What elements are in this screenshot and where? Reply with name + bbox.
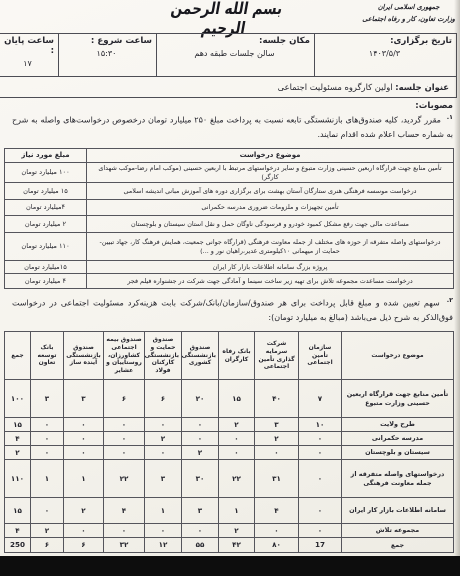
allocation-value-cell: ۴	[104, 498, 145, 524]
request-row: تأمین منابع جهت قرارگاه اربعین حسینی وزا…	[5, 163, 454, 183]
allocation-column-header: شرکت سرمایه گذاری تأمین اجتماعی	[255, 332, 299, 380]
allocation-value-cell: ۳	[64, 380, 104, 418]
allocation-value-cell: ۵۵	[182, 538, 219, 553]
allocation-subject-cell: سامانه اطلاعات بازار کار ایران	[342, 498, 454, 524]
allocation-value-cell: ۴	[5, 432, 31, 446]
allocation-value-cell: ۱۰۰	[5, 380, 31, 418]
allocation-column-header: سازمان تأمین اجتماعی	[299, 332, 342, 380]
allocation-value-cell: ۲	[145, 432, 182, 446]
requests-table: موضوع درخواست مبلغ مورد نیاز تأمین منابع…	[4, 148, 454, 289]
request-amount-cell: ۱۵میلیارد تومان	[5, 261, 87, 274]
allocation-value-cell: ۳۲	[104, 538, 145, 553]
allocation-value-cell: ۲	[5, 446, 31, 460]
resolutions-heading: مصوبات:	[415, 101, 453, 111]
allocation-value-cell: ۴۲	[219, 538, 255, 553]
allocation-row: مجموعه تلاش۰۰۲۰۰۰۰۲۴	[5, 524, 454, 538]
meeting-info-row: تاریخ برگزاری: ۱۴۰۳/۵/۳ مکان جلسه: سالن …	[0, 34, 457, 77]
request-amount-cell: ۲ میلیارد تومان	[5, 216, 87, 233]
allocation-value-cell: ۳	[31, 380, 64, 418]
allocation-value-cell: ۱	[145, 498, 182, 524]
allocation-value-cell: ۰	[104, 418, 145, 432]
request-subject-cell: درخواستهای واصله متفرقه از حوزه های مختل…	[87, 233, 454, 261]
item-2-text: سهم تعیین شده و مبلغ قابل پرداخت برای هر…	[12, 299, 453, 322]
allocation-value-cell: ۱۵	[219, 380, 255, 418]
request-subject-cell: درخواست موسسه فرهنگی هنری ستارگان آستان …	[87, 183, 454, 200]
request-subject-cell: درخواست مساعدت مجموعه تلاش برای تهیه زیر…	[87, 274, 454, 289]
allocation-row: درخواستهای واصله متفرقه از جمله معاونت ف…	[5, 460, 454, 498]
allocation-column-header: موضوع درخواست	[342, 332, 454, 380]
allocation-value-cell: ۰	[219, 432, 255, 446]
allocation-value-cell: ۰	[299, 446, 342, 460]
item-1-number: ۱.	[447, 114, 453, 121]
allocation-value-cell: ۲۲	[219, 460, 255, 498]
paper: جمهوری اسلامی ایران وزارت تعاون، کار و ر…	[0, 0, 460, 556]
meeting-info-table: تاریخ برگزاری: ۱۴۰۳/۵/۳ مکان جلسه: سالن …	[0, 33, 457, 77]
meeting-title-label: عنوان جلسه:	[395, 82, 449, 92]
request-subject-cell: مساعدت مالی جهت رفع مشکل کمبود خودرو و ف…	[87, 216, 454, 233]
allocation-value-cell: ۰	[299, 432, 342, 446]
date-label: تاریخ برگزاری:	[317, 36, 452, 46]
allocation-value-cell: ۰	[104, 446, 145, 460]
allocation-value-cell: ۴	[255, 498, 299, 524]
allocation-value-cell: ۰	[145, 524, 182, 538]
allocation-row: سیستان و بلوچستان۰۰۰۲۰۰۰۰۲	[5, 446, 454, 460]
allocation-row: تأمین منابع جهت قرارگاه اربعین حسینی وزا…	[5, 380, 454, 418]
allocation-value-cell: ۶	[64, 538, 104, 553]
allocation-value-cell: ۲	[31, 524, 64, 538]
allocation-column-header: بانک توسعه تعاون	[31, 332, 64, 380]
meeting-start-time-cell: ساعت شروع : ۱۵:۳۰	[59, 34, 157, 77]
request-subject-cell: تأمین تجهیزات و ملزومات ضروری مدرسه حکمر…	[87, 200, 454, 216]
allocation-column-header: جمع	[5, 332, 31, 380]
allocation-value-cell: ۱۵	[5, 498, 31, 524]
request-row: پروژه بزرگ سامانه اطلاعات بازار کار ایرا…	[5, 261, 454, 274]
resolution-item-2: ۲. سهم تعیین شده و مبلغ قابل پرداخت برای…	[12, 295, 453, 325]
allocation-value-cell: ۲	[182, 446, 219, 460]
allocation-value-cell: ۱۲	[145, 538, 182, 553]
allocation-value-cell: ۰	[219, 446, 255, 460]
allocation-subject-cell: طرح ولایت	[342, 418, 454, 432]
allocation-value-cell: ۰	[182, 418, 219, 432]
allocation-value-cell: ۱۱۰	[5, 460, 31, 498]
meeting-end-time-cell: ساعت پایان : ۱۷	[0, 34, 59, 77]
meeting-date-cell: تاریخ برگزاری: ۱۴۰۳/۵/۳	[315, 34, 457, 77]
location-value: سالن جلسات طبقه دهم	[159, 49, 310, 58]
allocation-value-cell: ۶	[31, 538, 64, 553]
request-row: مساعدت مالی جهت رفع مشکل کمبود خودرو و ف…	[5, 216, 454, 233]
allocation-column-header: صندوق بازنشستگی کشوری	[182, 332, 219, 380]
allocation-value-cell: ۰	[299, 498, 342, 524]
allocation-value-cell: ۲۰	[182, 380, 219, 418]
meeting-title-row: عنوان جلسه: اولین کارگروه مسئولیت اجتماع…	[0, 77, 457, 98]
item-1-text: مقرر گردید، کلیه صندوق‌های بازنشستگی تاب…	[12, 116, 453, 139]
end-time-label: ساعت پایان :	[1, 36, 54, 56]
start-time-value: ۱۵:۳۰	[61, 49, 152, 58]
allocation-value-cell: ۰	[104, 432, 145, 446]
requests-amount-header: مبلغ مورد نیاز	[5, 149, 87, 163]
allocation-subject-cell: تأمین منابع جهت قرارگاه اربعین حسینی وزا…	[342, 380, 454, 418]
request-amount-cell: ۱۰۰ میلیارد تومان	[5, 163, 87, 183]
requests-subject-header: موضوع درخواست	[87, 149, 454, 163]
country-name: جمهوری اسلامی ایران	[362, 2, 455, 14]
allocation-value-cell: ۲	[255, 432, 299, 446]
allocation-column-header: صندوق حمایت و بازنشستگی کارکنان فولاد	[145, 332, 182, 380]
start-time-label: ساعت شروع :	[61, 36, 152, 46]
allocation-value-cell: ۳	[255, 418, 299, 432]
date-value: ۱۴۰۳/۵/۳	[317, 49, 452, 58]
allocation-value-cell: ۶	[145, 380, 182, 418]
allocation-value-cell: ۶	[104, 380, 145, 418]
allocation-subject-cell: مدرسه حکمرانی	[342, 432, 454, 446]
allocation-table-header-row: موضوع درخواستسازمان تأمین اجتماعیشرکت سر…	[5, 332, 454, 380]
allocation-value-cell: ۲۲	[104, 460, 145, 498]
allocation-value-cell: ۰	[104, 524, 145, 538]
allocation-row: مدرسه حکمرانی۰۲۰۰۲۰۰۰۴	[5, 432, 454, 446]
allocation-value-cell: ۱	[219, 498, 255, 524]
allocation-value-cell: ۰	[64, 432, 104, 446]
request-subject-cell: تأمین منابع جهت قرارگاه اربعین حسینی وزا…	[87, 163, 454, 183]
allocation-value-cell: ۳۱	[255, 460, 299, 498]
allocation-row: سامانه اطلاعات بازار کار ایران۰۴۱۳۱۴۲۰۱۵	[5, 498, 454, 524]
item-2-number: ۲.	[447, 297, 453, 304]
allocation-value-cell: 17	[299, 538, 342, 553]
allocation-row: طرح ولایت۱۰۳۲۰۰۰۰۰۱۵	[5, 418, 454, 432]
allocation-value-cell: ۲	[64, 498, 104, 524]
allocation-value-cell: ۰	[31, 498, 64, 524]
request-row: درخواست مساعدت مجموعه تلاش برای تهیه زیر…	[5, 274, 454, 289]
allocation-value-cell: ۰	[182, 432, 219, 446]
request-row: تأمین تجهیزات و ملزومات ضروری مدرسه حکمر…	[5, 200, 454, 216]
allocation-column-header: بانک رفاه کارگران	[219, 332, 255, 380]
allocation-value-cell: ۰	[64, 446, 104, 460]
allocation-value-cell: ۱	[64, 460, 104, 498]
allocation-value-cell: ۴۰	[255, 380, 299, 418]
allocation-value-cell: ۰	[299, 460, 342, 498]
allocation-value-cell: ۰	[255, 524, 299, 538]
meeting-location-cell: مکان جلسه: سالن جلسات طبقه دهم	[157, 34, 315, 77]
allocation-value-cell: ۰	[182, 524, 219, 538]
allocation-value-cell: ۰	[145, 418, 182, 432]
ministry-header: جمهوری اسلامی ایران وزارت تعاون، کار و ر…	[362, 2, 455, 25]
allocation-subject-cell: جمع	[342, 538, 454, 553]
requests-table-header-row: موضوع درخواست مبلغ مورد نیاز	[5, 149, 454, 163]
request-subject-cell: پروژه بزرگ سامانه اطلاعات بازار کار ایرا…	[87, 261, 454, 274]
ministry-name: وزارت تعاون، کار و رفاه اجتماعی	[362, 14, 455, 26]
allocation-value-cell: ۰	[31, 446, 64, 460]
allocation-value-cell: ۰	[64, 418, 104, 432]
end-time-value: ۱۷	[1, 59, 54, 68]
allocation-value-cell: ۳	[182, 498, 219, 524]
allocation-value-cell: ۲	[219, 418, 255, 432]
resolution-item-1: ۱. مقرر گردید، کلیه صندوق‌های بازنشستگی …	[12, 112, 453, 142]
allocation-value-cell: ۰	[255, 446, 299, 460]
allocation-column-header: صندوق بازنشستگی آینده ساز	[64, 332, 104, 380]
request-amount-cell: ۴ میلیارد تومان	[5, 274, 87, 289]
allocation-subject-cell: درخواستهای واصله متفرقه از جمله معاونت ف…	[342, 460, 454, 498]
allocation-value-cell: ۰	[31, 432, 64, 446]
request-amount-cell: ۴میلیارد تومان	[5, 200, 87, 216]
allocation-value-cell: 250	[5, 538, 31, 553]
photo-background-bar	[0, 556, 460, 576]
allocation-value-cell: ۰	[299, 524, 342, 538]
allocation-value-cell: ۸۰	[255, 538, 299, 553]
allocation-value-cell: ۳۰	[182, 460, 219, 498]
allocation-value-cell: ۰	[31, 418, 64, 432]
allocation-value-cell: ۰	[64, 524, 104, 538]
meeting-title-value: اولین کارگروه مسئولیت اجتماعی	[278, 82, 393, 92]
allocation-subject-cell: مجموعه تلاش	[342, 524, 454, 538]
scanned-meeting-minutes: جمهوری اسلامی ایران وزارت تعاون، کار و ر…	[0, 0, 460, 576]
allocation-value-cell: ۱	[31, 460, 64, 498]
request-row: درخواست موسسه فرهنگی هنری ستارگان آستان …	[5, 183, 454, 200]
allocation-column-header: صندوق بیمه اجتماعی کشاورزان، روستاییان و…	[104, 332, 145, 380]
allocation-value-cell: ۰	[145, 446, 182, 460]
location-label: مکان جلسه:	[159, 36, 310, 46]
allocation-table: موضوع درخواستسازمان تأمین اجتماعیشرکت سر…	[4, 331, 454, 553]
allocation-value-cell: ۳	[145, 460, 182, 498]
request-amount-cell: ۱۵ میلیارد تومان	[5, 183, 87, 200]
allocation-value-cell: ۱۰	[299, 418, 342, 432]
allocation-value-cell: ۷	[299, 380, 342, 418]
request-amount-cell: ۱۱۰ میلیارد تومان	[5, 233, 87, 261]
allocation-total-row: جمع17۸۰۴۲۵۵۱۲۳۲۶۶250	[5, 538, 454, 553]
request-row: درخواستهای واصله متفرقه از حوزه های مختل…	[5, 233, 454, 261]
allocation-subject-cell: سیستان و بلوچستان	[342, 446, 454, 460]
allocation-value-cell: ۲	[219, 524, 255, 538]
allocation-value-cell: ۴	[5, 524, 31, 538]
allocation-value-cell: ۱۵	[5, 418, 31, 432]
